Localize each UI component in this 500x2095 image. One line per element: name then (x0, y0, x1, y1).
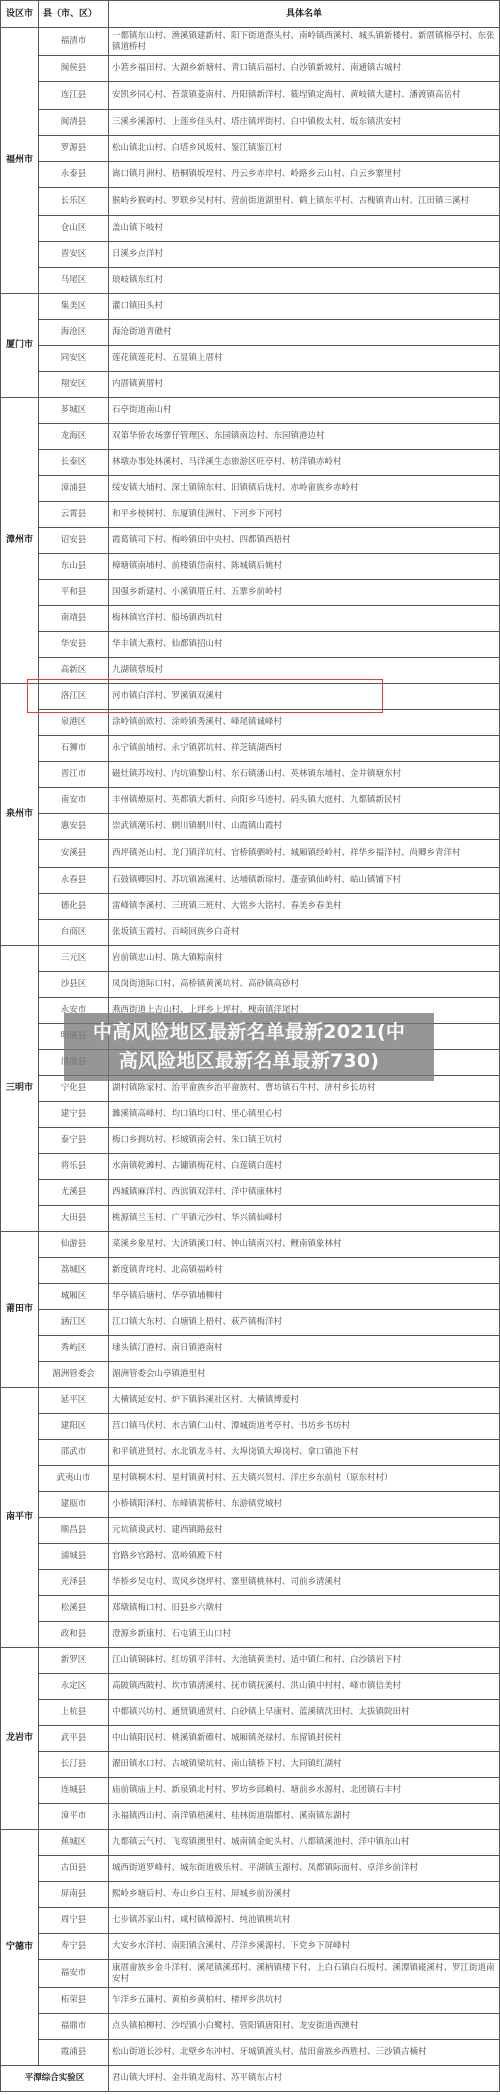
table-row: 上杭县中都镇兴坊村、通贤镇通贤村、白砂镇上早康村、蓝溪镇沈田村、太拔镇院田村 (1, 1700, 500, 1726)
county-cell: 台商区 (39, 920, 109, 946)
village-list-cell: 华亭镇后塘村、华亭镇埔柳村 (109, 1284, 500, 1310)
county-cell: 高新区 (39, 658, 109, 684)
city-cell: 宁德市 (1, 1830, 39, 2066)
table-row: 高新区九湖镇蔡坂村 (1, 658, 500, 684)
village-list-cell: 星村镇桐木村、星村镇黄村村、五夫镇兴贤村、洋庄乡东前村（原东村村） (109, 1466, 500, 1492)
table-row: 连江县安凯乡同心村、苔菉镇菱南村、丹阳镇新洋村、筱埕镇定海村、黄岐镇大建村、潘渡… (1, 82, 500, 110)
county-cell: 永春县 (39, 868, 109, 894)
table-row: 三明市三元区岩前镇忠山村、陈大镇粽南村 (1, 946, 500, 972)
header-county: 县（市、区） (39, 1, 109, 28)
village-list-cell: 樟塘镇南埔村、前楼镇岱南村、陈城镇后姚村 (109, 554, 500, 580)
county-cell: 沙县区 (39, 972, 109, 998)
village-list-cell: 西城镇麻洋村、西滨镇双洋村、洋中镇康林村 (109, 1180, 500, 1206)
village-list-cell: 江口镇大东村、白塘镇上梧村、萩芦镇梅洋村 (109, 1310, 500, 1336)
table-row: 安溪县西坪镇尧山村、龙门镇洋坑村、官桥镇驷岭村、城厢镇经岭村、祥华乡福洋村、尚卿… (1, 840, 500, 868)
village-list-cell: 永福镇西山村、南洋镇梧溪村、桂林街道瑞都村、溪南镇东湖村 (109, 1804, 500, 1830)
table-row: 将乐县水南镇乾滩村、古镛镇梅花村、白莲镇白莲村 (1, 1154, 500, 1180)
village-list-cell: 桃源镇兰玉村、广平镇元沙村、华兴镇仙峰村 (109, 1206, 500, 1232)
county-cell: 浦城县 (39, 1544, 109, 1570)
county-cell: 安溪县 (39, 840, 109, 868)
table-row: 晋安区日溪乡点洋村 (1, 242, 500, 268)
table-row: 周宁县七步镇苏家山村、咸村镇樟源村、纯池镇桃坑村 (1, 1908, 500, 1934)
table-row: 松溪县郑墩镇梅口村、旧县乡六墩村 (1, 1596, 500, 1622)
city-cell: 莆田市 (1, 1232, 39, 1388)
county-cell: 连城县 (39, 1778, 109, 1804)
village-list-cell: 菜溪乡象星村、大济镇溪口村、钟山镇南兴村、鲤南镇象林村 (109, 1232, 500, 1258)
table-row: 永泰县嵩口镇月洲村、梧桐镇坂埕村、丹云乡赤岸村、岭路乡云山村、白云乡寨里村 (1, 162, 500, 188)
table-row: 浦城县官路乡官路村、富岭镇殿下村 (1, 1544, 500, 1570)
county-cell: 荔城区 (39, 1258, 109, 1284)
table-row: 连城县庙前镇庙上村、新泉镇北村村、罗坊乡邱赖村、塘前乡水源村、北团镇石丰村 (1, 1778, 500, 1804)
village-list-cell: 双第华侨农场寨仔管理区、东园镇南边村、东园镇港边村 (109, 424, 500, 450)
county-cell: 武平县 (39, 1726, 109, 1752)
village-list-cell: 濉溪镇高峰村、均口镇均口村、里心镇里心村 (109, 1102, 500, 1128)
county-cell: 涵江区 (39, 1310, 109, 1336)
county-cell: 城厢区 (39, 1284, 109, 1310)
table-row: 长乐区猴屿乡猴屿村、罗联乡吴村村、营前街道湖里村、鹤上镇东平村、古槐镇青山村、江… (1, 188, 500, 216)
table-row: 政和县澄源乡新康村、石屯镇王山口村 (1, 1622, 500, 1648)
table-row: 福安市康厝畲族乡金斗洋村、溪尾镇溪邳村、溪柄镇楼下村、上白石镇白石坂村、溪潭镇硴… (1, 1960, 500, 1988)
table-row: 大田县桃源镇兰玉村、广平镇元沙村、华兴镇仙峰村 (1, 1206, 500, 1232)
village-list-cell: 大横镇延安村、炉下镇斜溪社区村、大横镇博爱村 (109, 1388, 500, 1414)
table-row: 顺昌县元坑镇谟武村、建西镇路兹村 (1, 1518, 500, 1544)
county-cell: 罗源县 (39, 136, 109, 162)
table-row: 宁德市蕉城区九都镇云气村、飞鸾镇澳里村、城南镇金蛇头村、八都镇溪池村、洋中镇东山… (1, 1830, 500, 1856)
village-list-cell: 日溪乡点洋村 (109, 242, 500, 268)
table-row: 泰宁县梅口乡拥坑村、杉城镇南会村、朱口镇王坑村 (1, 1128, 500, 1154)
county-cell: 福清市 (39, 28, 109, 56)
county-cell: 同安区 (39, 346, 109, 372)
village-list-cell: 涂岭镇前欧村、涂岭镇秀溪村、峰尾镇诚峰村 (109, 710, 500, 736)
village-list-cell: 中都镇兴坊村、通贤镇通贤村、白砂镇上早康村、蓝溪镇沈田村、太拔镇院田村 (109, 1700, 500, 1726)
county-cell: 漳平市 (39, 1804, 109, 1830)
village-list-cell: 大安乡水洋村、南阳镇含溪村、芹洋乡溪源村、下党乡下屏峰村 (109, 1934, 500, 1960)
county-cell: 邵武市 (39, 1440, 109, 1466)
village-list-cell: 江山镇铜砵村、红坊镇平洋村、大池镇黄美村、适中镇仁和村、白沙镇岩下村 (109, 1648, 500, 1674)
table-row: 屏南县熙岭乡塘后村、寿山乡白玉村、屏城乡前汾溪村 (1, 1882, 500, 1908)
county-cell: 福鼎市 (39, 2014, 109, 2040)
table-row: 诏安县霞葛镇司下村、梅岭镇田中央村、四都镇西梧村 (1, 528, 500, 554)
county-cell: 洛江区 (39, 684, 109, 710)
village-list-cell: 元坑镇谟武村、建西镇路兹村 (109, 1518, 500, 1544)
county-cell: 新罗区 (39, 1648, 109, 1674)
village-list-cell: 国强乡新建村、小溪镇厝丘村、五寨乡前岭村 (109, 580, 500, 606)
city-cell: 泉州市 (1, 684, 39, 946)
table-row: 泉港区涂岭镇前欧村、涂岭镇秀溪村、峰尾镇诚峰村 (1, 710, 500, 736)
village-list-cell: 熙岭乡塘后村、寿山乡白玉村、屏城乡前汾溪村 (109, 1882, 500, 1908)
table-row-pingtan: 平潭综合实验区君山镇大坪村、金井镇龙海村、苏平镇东占村 (1, 2066, 500, 2092)
table-row: 平和县国强乡新建村、小溪镇厝丘村、五寨乡前岭村 (1, 580, 500, 606)
village-list-cell: 君山镇大坪村、金井镇龙海村、苏平镇东占村 (109, 2066, 500, 2092)
table-row: 武平县中山镇阳民村、桃溪镇新礤村、城厢镇尧禄村、东留镇封侯村 (1, 1726, 500, 1752)
village-list-cell: 盖山镇下岐村 (109, 216, 500, 242)
village-list-cell: 官路乡官路村、富岭镇殿下村 (109, 1544, 500, 1570)
header-list: 具体名单 (109, 1, 500, 28)
city-cell: 福州市 (1, 28, 39, 294)
header-city: 设区市 (1, 1, 39, 28)
table-row: 莆田市仙游县菜溪乡象星村、大济镇溪口村、钟山镇南兴村、鲤南镇象林村 (1, 1232, 500, 1258)
city-cell: 三明市 (1, 946, 39, 1232)
village-list-cell: 岩前镇忠山村、陈大镇粽南村 (109, 946, 500, 972)
county-cell: 翔安区 (39, 372, 109, 398)
county-cell: 顺昌县 (39, 1518, 109, 1544)
table-row: 光泽县华桥乡吴屯村、鸾风乡饶坪村、寨里镇桃林村、司前乡清溪村 (1, 1570, 500, 1596)
table-row: 云霄县和平乡棱树村、东厦镇佳洲村、下河乡下河村 (1, 502, 500, 528)
county-cell: 周宁县 (39, 1908, 109, 1934)
village-list-cell: 湄洲管委会山亭镇港里村 (109, 1362, 500, 1388)
village-list-cell: 海沧街道青礁村 (109, 320, 500, 346)
county-cell: 仙游县 (39, 1232, 109, 1258)
county-cell: 南靖县 (39, 606, 109, 632)
village-list-cell: 林墩办事处林溪村、马洋溪生态旅游区旺亭村、枋洋镇赤岭村 (109, 450, 500, 476)
village-list-cell: 康厝畲族乡金斗洋村、溪尾镇溪邳村、溪柄镇楼下村、上白石镇白石坂村、溪潭镇硴溪村、… (109, 1960, 500, 1988)
table-row: 漳浦县绥安镇大埔村、深土镇锦东村、旧镇镇后垅村、赤岭畲族乡赤岭村 (1, 476, 500, 502)
county-cell: 将乐县 (39, 1154, 109, 1180)
county-cell: 长泰区 (39, 450, 109, 476)
village-list-cell: 水南镇乾滩村、古镛镇梅花村、白莲镇白莲村 (109, 1154, 500, 1180)
county-cell: 柘荣县 (39, 1988, 109, 2014)
village-list-cell: 雷峰镇李溪村、三班镇三班村、大铭乡大铭村、春美乡春美村 (109, 894, 500, 920)
title-overlay-banner: 中高风险地区最新名单最新2021(中 高风险地区最新名单最新730) (64, 1013, 434, 1081)
village-list-cell: 石鼓镇卿园村、苏坑镇嵩溪村、达埔镇新琼村、蓬壶镇仙岭村、岵山镇铺下村 (109, 868, 500, 894)
village-list-cell: 崇武镇潮乐村、辋川镇辋川村、山霞镇山霞村 (109, 814, 500, 840)
city-cell: 南平市 (1, 1388, 39, 1648)
county-cell: 华安县 (39, 632, 109, 658)
county-cell: 霞浦县 (39, 2040, 109, 2066)
county-cell: 湄洲管委会 (39, 1362, 109, 1388)
village-list-cell: 莒口镇马伏村、水吉镇仁山村、潭城街道考亭村、书坊乡书坊村 (109, 1414, 500, 1440)
zone-cell: 平潭综合实验区 (1, 2066, 109, 2092)
village-list-cell: 石亭街道南山村 (109, 398, 500, 424)
county-cell: 泰宁县 (39, 1128, 109, 1154)
village-list-cell: 九都镇云气村、飞鸾镇澳里村、城南镇金蛇头村、八都镇溪池村、洋中镇东山村 (109, 1830, 500, 1856)
table-row: 台商区张坂镇玉霞村、百崎回族乡白奇村 (1, 920, 500, 946)
city-cell: 龙岩市 (1, 1648, 39, 1830)
village-list-cell: 三溪乡溪源村、上莲乡佳头村、塔庄镇坪街村、白中镇攸太村、坂东镇洪安村 (109, 110, 500, 136)
village-list-cell: 华桥乡吴屯村、鸾风乡饶坪村、寨里镇桃林村、司前乡清溪村 (109, 1570, 500, 1596)
village-list-cell: 梅林镇官洋村、船场镇西坑村 (109, 606, 500, 632)
table-row: 永定区高陂镇西陂村、坎市镇清溪村、抚市镇抚溪村、洪山镇中村村、峰市镇信美村 (1, 1674, 500, 1700)
table-row: 石狮市永宁镇前埔村、永宁镇郭坑村、祥芝镇湖西村 (1, 736, 500, 762)
county-cell: 海沧区 (39, 320, 109, 346)
village-list-cell: 郑墩镇梅口村、旧县乡六墩村 (109, 1596, 500, 1622)
county-cell: 古田县 (39, 1856, 109, 1882)
table-row: 涵江区江口镇大东村、白塘镇上梧村、萩芦镇梅洋村 (1, 1310, 500, 1336)
table-row: 翔安区内厝镇黄厝村 (1, 372, 500, 398)
county-cell: 惠安县 (39, 814, 109, 840)
county-cell: 南安市 (39, 788, 109, 814)
table-row: 武夷山市星村镇桐木村、星村镇黄村村、五夫镇兴贤村、洋庄乡东前村（原东村村） (1, 1466, 500, 1492)
table-row: 龙岩市新罗区江山镇铜砵村、红坊镇平洋村、大池镇黄美村、适中镇仁和村、白沙镇岩下村 (1, 1648, 500, 1674)
table-row: 秀屿区埭头镇汀港村、南日镇港南村 (1, 1336, 500, 1362)
village-list-cell: 中山镇阳民村、桃溪镇新礤村、城厢镇尧禄村、东留镇封侯村 (109, 1726, 500, 1752)
table-row: 厦门市集美区灌口镇田头村 (1, 294, 500, 320)
village-list-cell: 九湖镇蔡坂村 (109, 658, 500, 684)
village-list-cell: 西坪镇尧山村、龙门镇洋坑村、官桥镇驷岭村、城厢镇经岭村、祥华乡福洋村、尚卿乡青洋… (109, 840, 500, 868)
table-row: 惠安县崇武镇潮乐村、辋川镇辋川村、山霞镇山霞村 (1, 814, 500, 840)
county-cell: 三元区 (39, 946, 109, 972)
county-cell: 漳浦县 (39, 476, 109, 502)
table-row: 闽清县三溪乡溪源村、上莲乡佳头村、塔庄镇坪街村、白中镇攸太村、坂东镇洪安村 (1, 110, 500, 136)
table-row: 福鼎市点头镇柏柳村、沙埕镇小白鹭村、管阳镇唐阳村、龙安街道西澳村 (1, 2014, 500, 2040)
county-cell: 寿宁县 (39, 1934, 109, 1960)
county-cell: 长乐区 (39, 188, 109, 216)
county-cell: 尤溪县 (39, 1180, 109, 1206)
county-cell: 龙海区 (39, 424, 109, 450)
county-cell: 大田县 (39, 1206, 109, 1232)
village-list-cell: 松山街道长沙村、北壁乡东冲村、牙城镇渡头村、盐田畲族乡西胜村、三沙镇古楠村 (109, 2040, 500, 2066)
village-list-cell: 磁灶镇苏垵村、内坑镇黎山村、东石镇潘山村、英林镇东埔村、金井镇塘东村 (109, 762, 500, 788)
village-list-cell: 绥安镇大埔村、深土镇锦东村、旧镇镇后垅村、赤岭畲族乡赤岭村 (109, 476, 500, 502)
table-row: 沙县区凤岗街道际口村、高桥镇黄溪坑村、高砂镇高砂村 (1, 972, 500, 998)
overlay-title-line2: 高风险地区最新名单最新730) (64, 1047, 434, 1076)
county-cell: 芗城区 (39, 398, 109, 424)
village-list-cell: 华丰镇大燕村、仙都镇招山村 (109, 632, 500, 658)
village-list-cell: 丰州镇燎原村、英都镇大新村、向阳乡马迹村、码头镇大庭村、九都镇新民村 (109, 788, 500, 814)
county-cell: 连江县 (39, 82, 109, 110)
county-cell: 上杭县 (39, 1700, 109, 1726)
table-row: 长汀县濯田镇水口村、古城镇梁坑村、南山镇桥下村、大同镇红湖村 (1, 1752, 500, 1778)
village-list-cell: 澄源乡新康村、石屯镇王山口村 (109, 1622, 500, 1648)
county-cell: 延平区 (39, 1388, 109, 1414)
county-cell: 福安市 (39, 1960, 109, 1988)
table-row: 建阳区莒口镇马伏村、水吉镇仁山村、潭城街道考亭村、书坊乡书坊村 (1, 1414, 500, 1440)
table-row: 同安区莲花镇莲花村、五显镇上厝村 (1, 346, 500, 372)
county-cell: 平和县 (39, 580, 109, 606)
table-row: 海沧区海沧街道青礁村 (1, 320, 500, 346)
village-list-cell: 嵩口镇月洲村、梧桐镇坂埕村、丹云乡赤岸村、岭路乡云山村、白云乡寨里村 (109, 162, 500, 188)
county-cell: 闽侯县 (39, 56, 109, 82)
village-list-cell: 七步镇苏家山村、咸村镇樟源村、纯池镇桃坑村 (109, 1908, 500, 1934)
village-list-cell: 梅口乡拥坑村、杉城镇南会村、朱口镇王坑村 (109, 1128, 500, 1154)
village-list-cell: 琅岐镇东红村 (109, 268, 500, 294)
county-cell: 光泽县 (39, 1570, 109, 1596)
village-list-cell: 河市镇白洋村、罗溪镇双溪村 (109, 684, 500, 710)
table-row: 古田县城西街道罗峰村、城东街道极乐村、平湖镇玉源村、凤都镇际面村、卓洋乡前洋村 (1, 1856, 500, 1882)
county-cell: 屏南县 (39, 1882, 109, 1908)
table-row: 邵武市和平镇进贤村、水北镇龙斗村、大埠岗镇大埠岗村、拿口镇池下村 (1, 1440, 500, 1466)
county-cell: 晋安区 (39, 242, 109, 268)
county-cell: 晋江市 (39, 762, 109, 788)
table-row: 建瓯市小桥镇阳泽村、东峰镇裴桥村、东游镇党城村 (1, 1492, 500, 1518)
county-cell: 云霄县 (39, 502, 109, 528)
table-row: 城厢区华亭镇后塘村、华亭镇埔柳村 (1, 1284, 500, 1310)
city-cell: 厦门市 (1, 294, 39, 398)
county-cell: 闽清县 (39, 110, 109, 136)
table-row: 寿宁县大安乡水洋村、南阳镇含溪村、芹洋乡溪源村、下党乡下屏峰村 (1, 1934, 500, 1960)
county-cell: 松溪县 (39, 1596, 109, 1622)
table-row: 南安市丰州镇燎原村、英都镇大新村、向阳乡马迹村、码头镇大庭村、九都镇新民村 (1, 788, 500, 814)
table-row: 仓山区盖山镇下岐村 (1, 216, 500, 242)
village-list-cell: 猴屿乡猴屿村、罗联乡吴村村、营前街道湖里村、鹤上镇东平村、古槐镇青山村、江田镇三… (109, 188, 500, 216)
village-list-cell: 灌口镇田头村 (109, 294, 500, 320)
table-row: 漳州市芗城区石亭街道南山村 (1, 398, 500, 424)
table-row: 马尾区琅岐镇东红村 (1, 268, 500, 294)
village-list-cell: 濯田镇水口村、古城镇梁坑村、南山镇桥下村、大同镇红湖村 (109, 1752, 500, 1778)
table-row: 长泰区林墩办事处林溪村、马洋溪生态旅游区旺亭村、枋洋镇赤岭村 (1, 450, 500, 476)
table-row: 柘荣县乍洋乡五蒲村、黄柏乡黄柏村、楮坪乡洪坑村 (1, 1988, 500, 2014)
county-cell: 建宁县 (39, 1102, 109, 1128)
table-row: 湄洲管委会湄洲管委会山亭镇港里村 (1, 1362, 500, 1388)
table-row: 永春县石鼓镇卿园村、苏坑镇嵩溪村、达埔镇新琼村、蓬壶镇仙岭村、岵山镇铺下村 (1, 868, 500, 894)
table-row: 德化县雷峰镇李溪村、三班镇三班村、大铭乡大铭村、春美乡春美村 (1, 894, 500, 920)
county-cell: 蕉城区 (39, 1830, 109, 1856)
village-list-cell: 莲花镇莲花村、五显镇上厝村 (109, 346, 500, 372)
table-row: 南平市延平区大横镇延安村、炉下镇斜溪社区村、大横镇博爱村 (1, 1388, 500, 1414)
village-list-cell: 一都镇东山村、渔溪镇建新村、阳下街道漈头村、南岭镇西溪村、城头镇新楼村、新厝镇棉… (109, 28, 500, 56)
table-row: 罗源县松山镇北山村、白塔乡风坂村、鉴江镇鉴江村 (1, 136, 500, 162)
county-cell: 德化县 (39, 894, 109, 920)
village-list-cell: 乍洋乡五蒲村、黄柏乡黄柏村、楮坪乡洪坑村 (109, 1988, 500, 2014)
village-list-cell: 新度镇青垞村、北高镇福岭村 (109, 1258, 500, 1284)
table-row: 尤溪县西城镇麻洋村、西滨镇双洋村、洋中镇康林村 (1, 1180, 500, 1206)
county-cell: 建瓯市 (39, 1492, 109, 1518)
county-cell: 泉港区 (39, 710, 109, 736)
county-cell: 武夷山市 (39, 1466, 109, 1492)
county-cell: 永泰县 (39, 162, 109, 188)
village-list-cell: 和平镇进贤村、水北镇龙斗村、大埠岗镇大埠岗村、拿口镇池下村 (109, 1440, 500, 1466)
village-list-cell: 永宁镇前埔村、永宁镇郭坑村、祥芝镇湖西村 (109, 736, 500, 762)
village-list-cell: 城西街道罗峰村、城东街道极乐村、平湖镇玉源村、凤都镇际面村、卓洋乡前洋村 (109, 1856, 500, 1882)
village-list-cell: 埭头镇汀港村、南日镇港南村 (109, 1336, 500, 1362)
village-list-cell: 小桥镇阳泽村、东峰镇裴桥村、东游镇党城村 (109, 1492, 500, 1518)
table-row: 建宁县濉溪镇高峰村、均口镇均口村、里心镇里心村 (1, 1102, 500, 1128)
county-cell: 马尾区 (39, 268, 109, 294)
county-cell: 石狮市 (39, 736, 109, 762)
table-row: 华安县华丰镇大燕村、仙都镇招山村 (1, 632, 500, 658)
county-cell: 仓山区 (39, 216, 109, 242)
table-row: 晋江市磁灶镇苏垵村、内坑镇黎山村、东石镇潘山村、英林镇东埔村、金井镇塘东村 (1, 762, 500, 788)
village-list-cell: 高陂镇西陂村、坎市镇清溪村、抚市镇抚溪村、洪山镇中村村、峰市镇信美村 (109, 1674, 500, 1700)
village-list-cell: 霞葛镇司下村、梅岭镇田中央村、四都镇西梧村 (109, 528, 500, 554)
table-row: 荔城区新度镇青垞村、北高镇福岭村 (1, 1258, 500, 1284)
table-row: 泉州市洛江区河市镇白洋村、罗溪镇双溪村 (1, 684, 500, 710)
village-list-cell: 安凯乡同心村、苔菉镇菱南村、丹阳镇新洋村、筱埕镇定海村、黄岐镇大建村、潘渡镇高岳… (109, 82, 500, 110)
city-cell: 漳州市 (1, 398, 39, 684)
village-list-cell: 内厝镇黄厝村 (109, 372, 500, 398)
table-row: 龙海区双第华侨农场寨仔管理区、东园镇南边村、东园镇港边村 (1, 424, 500, 450)
village-list-cell: 点头镇柏柳村、沙埕镇小白鹭村、管阳镇唐阳村、龙安街道西澳村 (109, 2014, 500, 2040)
table-row: 闽侯县小箬乡福田村、大湖乡新塘村、青口镇后福村、白沙镇新坡村、南通镇古城村 (1, 56, 500, 82)
table-row: 东山县樟塘镇南埔村、前楼镇岱南村、陈城镇后姚村 (1, 554, 500, 580)
village-list-cell: 凤岗街道际口村、高桥镇黄溪坑村、高砂镇高砂村 (109, 972, 500, 998)
village-list-cell: 张坂镇玉霞村、百崎回族乡白奇村 (109, 920, 500, 946)
village-list-cell: 庙前镇庙上村、新泉镇北村村、罗坊乡邱赖村、塘前乡水源村、北团镇石丰村 (109, 1778, 500, 1804)
village-list-cell: 松山镇北山村、白塔乡风坂村、鉴江镇鉴江村 (109, 136, 500, 162)
village-list-cell: 和平乡棱树村、东厦镇佳洲村、下河乡下河村 (109, 502, 500, 528)
county-cell: 政和县 (39, 1622, 109, 1648)
table-row: 福州市福清市一都镇东山村、渔溪镇建新村、阳下街道漈头村、南岭镇西溪村、城头镇新楼… (1, 28, 500, 56)
table-row: 南靖县梅林镇官洋村、船场镇西坑村 (1, 606, 500, 632)
county-cell: 长汀县 (39, 1752, 109, 1778)
county-cell: 秀屿区 (39, 1336, 109, 1362)
overlay-title-line1: 中高风险地区最新名单最新2021(中 (64, 1018, 434, 1047)
table-row: 霞浦县松山街道长沙村、北壁乡东冲村、牙城镇渡头村、盐田畲族乡西胜村、三沙镇古楠村 (1, 2040, 500, 2066)
county-cell: 永定区 (39, 1674, 109, 1700)
county-cell: 东山县 (39, 554, 109, 580)
county-cell: 诏安县 (39, 528, 109, 554)
county-cell: 集美区 (39, 294, 109, 320)
village-list-cell: 小箬乡福田村、大湖乡新塘村、青口镇后福村、白沙镇新坡村、南通镇古城村 (109, 56, 500, 82)
county-cell: 建阳区 (39, 1414, 109, 1440)
table-row: 漳平市永福镇西山村、南洋镇梧溪村、桂林街道瑞都村、溪南镇东湖村 (1, 1804, 500, 1830)
table-header-row: 设区市 县（市、区） 具体名单 (1, 1, 500, 28)
